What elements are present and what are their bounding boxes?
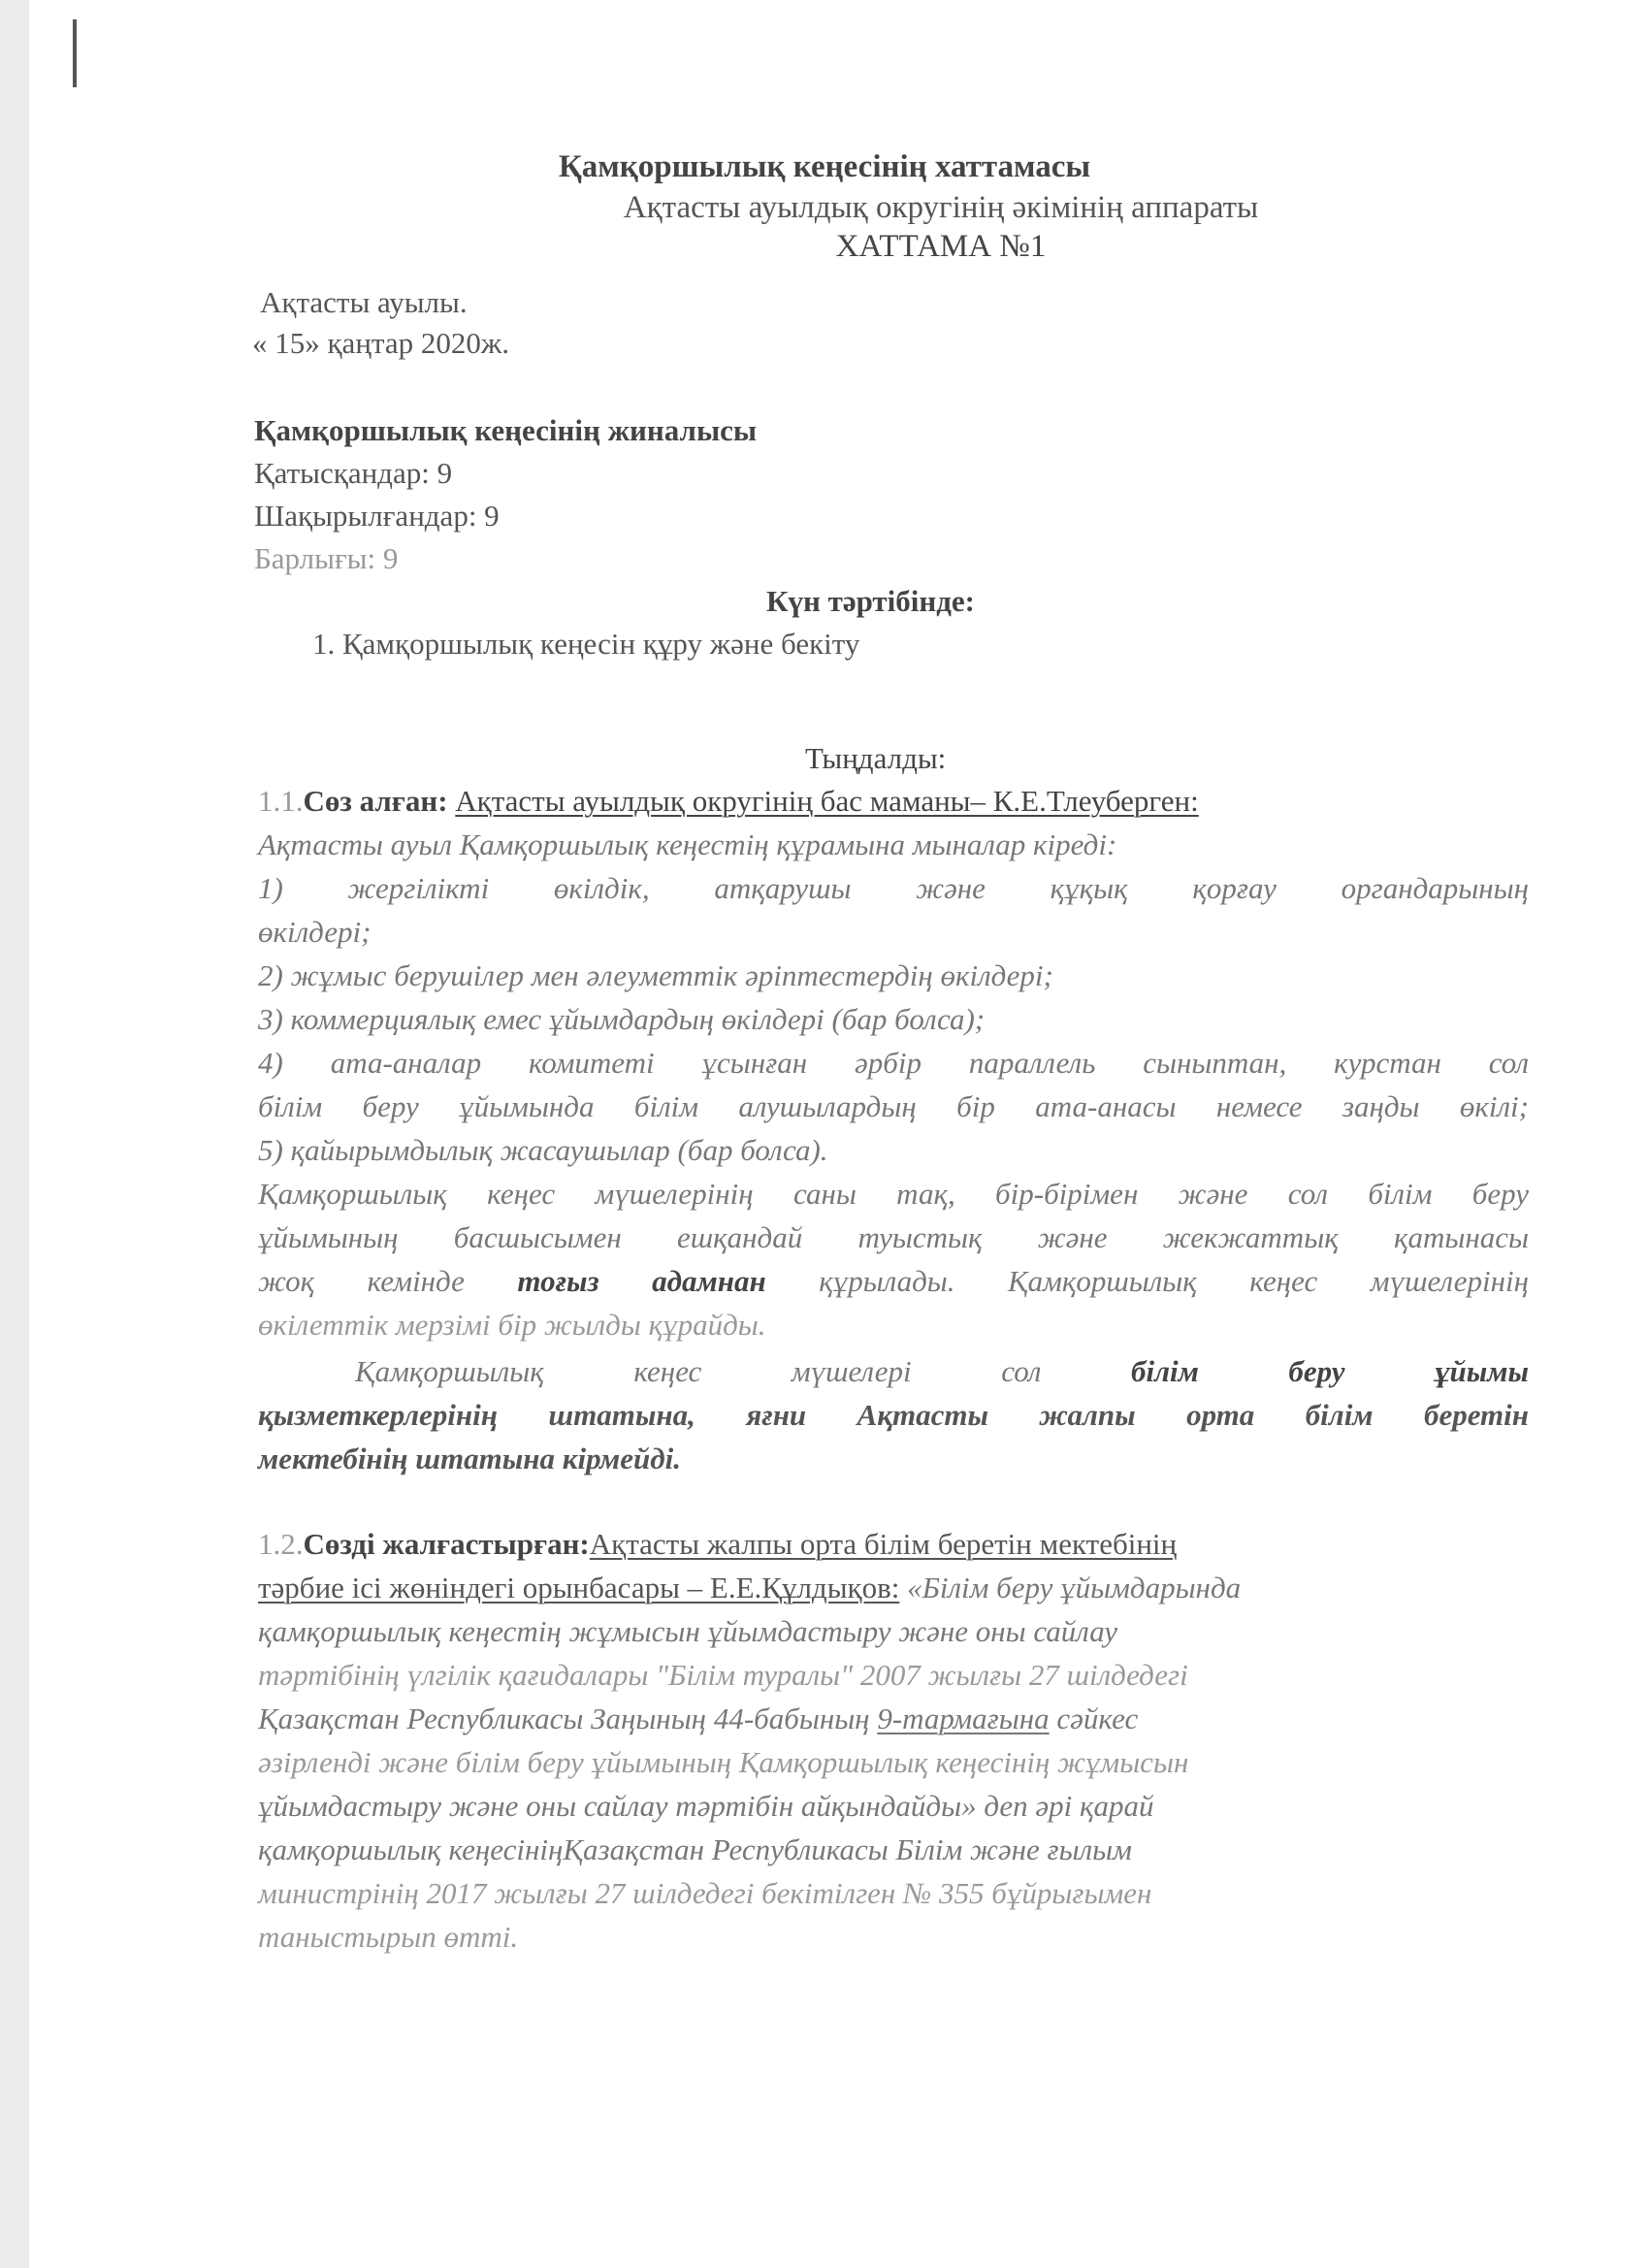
speaker-name: тәрбие ісі жөніндегі орынбасары – Е.Е.Құ… (258, 1571, 899, 1604)
law-reference-link[interactable]: 9-тармағына (877, 1701, 1049, 1735)
body-line: өкілеттік мерзімі бір жылды құрайды. (258, 1310, 766, 1340)
text-segment: Қазақстан Республикасы Заңының 44-бабыны… (258, 1701, 877, 1735)
body-line: 1) жергілікті өкілдік, атқарушы және құқ… (258, 873, 1529, 903)
bold-emphasis: білім беру ұйымы (1131, 1354, 1529, 1388)
body-line: қамқоршылық кеңестің жұмысын ұйымдастыру… (258, 1616, 1117, 1646)
section-number: 1.2. (258, 1527, 304, 1561)
document-title: Қамқоршылық кеңесінің хаттамасы (0, 151, 1649, 183)
body-line: ұйымдастыру және оны сайлау тәртібін айқ… (258, 1791, 1154, 1821)
body-line: білім беру ұйымында білім алушылардың бі… (258, 1091, 1529, 1121)
section-1-1-header: 1.1.Сөз алған: Ақтасты ауылдық округінің… (258, 786, 1199, 816)
body-line: Қамқоршылық кеңес мүшелері сол білім бер… (258, 1356, 1529, 1386)
body-line: қызметкерлерінің штатына, яғни Ақтасты ж… (258, 1400, 1529, 1430)
section-1-2-header: 1.2.Сөзді жалғастырған:Ақтасты жалпы орт… (258, 1529, 1177, 1559)
meeting-date: « 15» қаңтар 2020ж. (252, 328, 509, 358)
body-line: тәрбие ісі жөніндегі орынбасары – Е.Е.Құ… (258, 1572, 1241, 1603)
body-line: 3) коммерциялық емес ұйымдардың өкілдері… (258, 1004, 985, 1034)
section-number: 1.1. (258, 784, 304, 818)
total-count: Барлығы: 9 (254, 543, 398, 573)
section-label: Сөз алған: (304, 784, 448, 818)
organization-name: Ақтасты ауылдық округінің әкімінің аппар… (116, 192, 1649, 224)
participants-count: Қатысқандар: 9 (254, 458, 452, 488)
body-line: 5) қайырымдылық жасаушылар (бар болса). (258, 1135, 828, 1165)
body-line: өкілдері; (258, 917, 371, 947)
meeting-place: Ақтасты ауылы. (260, 287, 468, 317)
body-line: Ақтасты ауыл Қамқоршылық кеңестің құрамы… (258, 829, 1116, 859)
text-segment: құрылады. Қамқоршылық кеңес мүшелерінің (766, 1264, 1529, 1298)
body-line: әзірленді және білім беру ұйымының Қамқо… (258, 1747, 1188, 1777)
text-segment: «Білім беру ұйымдарында (899, 1571, 1241, 1604)
text-segment: Қамқоршылық кеңес мүшелері сол (355, 1354, 1131, 1388)
protocol-number: ХАТТАМА №1 (116, 231, 1649, 263)
body-line: министрінің 2017 жылғы 27 шілдедегі бекі… (258, 1878, 1151, 1908)
heard-heading: Тыңдалды: (805, 743, 946, 773)
bold-emphasis: тоғыз адамнан (517, 1264, 765, 1298)
scan-edge (0, 0, 29, 2268)
agenda-heading: Күн тәртібінде: (766, 586, 975, 616)
body-line: мектебінің штатына кірмейді. (258, 1443, 681, 1474)
section-label: жалғастырған: (382, 1527, 589, 1561)
body-line: Қамқоршылық кеңес мүшелерінің саны тақ, … (258, 1179, 1529, 1209)
body-line: 4) ата-аналар комитеті ұсынған әрбір пар… (258, 1048, 1529, 1078)
body-line: тәртібінің үлгілік қағидалары "Білім тур… (258, 1660, 1188, 1690)
body-line: таныстырып өтті. (258, 1922, 518, 1952)
speaker-name: Ақтасты жалпы орта білім беретін мектебі… (590, 1527, 1177, 1561)
scan-mark (73, 19, 77, 87)
text-segment: жоқ кемінде (258, 1264, 517, 1298)
meeting-heading: Қамқоршылық кеңесінің жиналысы (254, 415, 757, 445)
text-segment: сәйкес (1050, 1701, 1139, 1735)
agenda-item: 1. Қамқоршылық кеңесін құру және бекіту (312, 629, 859, 659)
speaker-name: Ақтасты ауылдық округінің бас маманы– К.… (455, 784, 1198, 818)
body-line: Қазақстан Республикасы Заңының 44-бабыны… (258, 1703, 1138, 1733)
body-line: жоқ кемінде тоғыз адамнан құрылады. Қамқ… (258, 1266, 1529, 1296)
body-line: ұйымының басшысымен ешқандай туыстық жән… (258, 1222, 1529, 1252)
section-label: Сөзді (304, 1527, 383, 1561)
body-line: 2) жұмыс берушілер мен әлеуметтік әріпте… (258, 960, 1053, 990)
invited-count: Шақырылғандар: 9 (254, 501, 500, 531)
body-line: қамқоршылық кеңесініңҚазақстан Республик… (258, 1834, 1132, 1864)
